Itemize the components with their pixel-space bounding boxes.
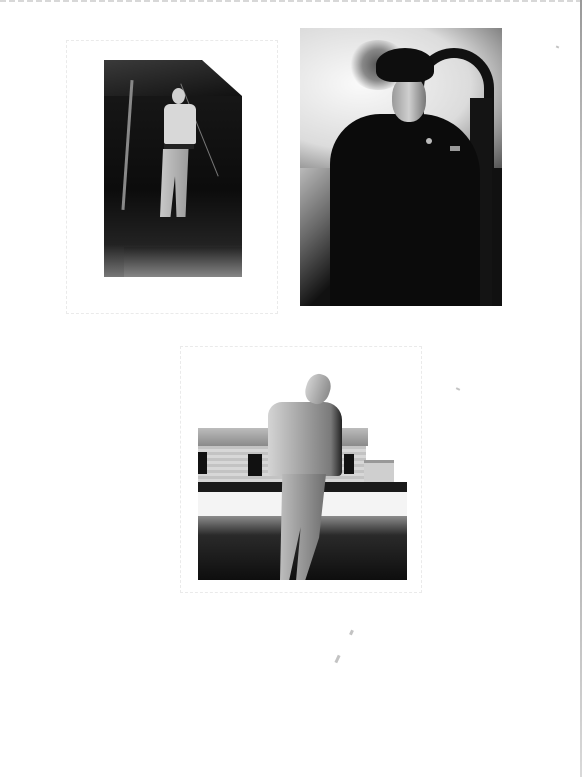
soldier-shirt (164, 104, 196, 144)
barracks-window (248, 454, 262, 476)
uniform-badge (450, 146, 460, 151)
barracks-window (344, 454, 354, 474)
soldier-shirt (268, 402, 342, 476)
barracks-window (198, 452, 207, 474)
photo-soldier-portrait (300, 28, 502, 306)
photo-soldier-barracks (198, 366, 407, 580)
scan-speck (334, 655, 340, 664)
soldier-jacket (330, 114, 480, 306)
soldier-cap (376, 48, 434, 82)
soldier-trousers (160, 149, 190, 217)
soldier-face (392, 76, 426, 122)
scan-top-edge (0, 0, 582, 2)
scan-speck (456, 387, 460, 391)
scan-speck (349, 630, 354, 636)
soldier-head (172, 88, 185, 104)
soldier-belt (164, 144, 194, 149)
collar-pin (426, 138, 432, 144)
ground (124, 247, 242, 277)
scan-speck (556, 45, 560, 48)
photo-soldier-tent (104, 60, 242, 277)
tent-pole (121, 80, 133, 210)
